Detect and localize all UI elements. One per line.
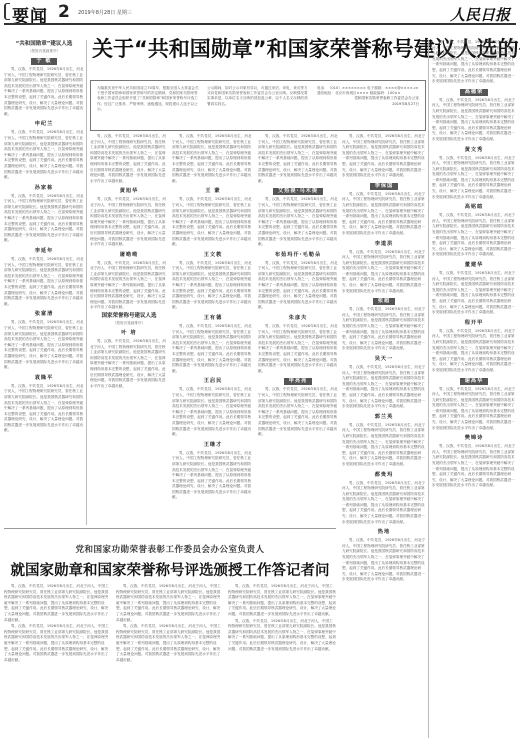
person-name: 李保国 — [370, 183, 399, 190]
person-name: 李延年 — [35, 248, 54, 254]
person-name: 都贵玛 — [375, 472, 394, 478]
person-name: 王继才 — [204, 442, 223, 448]
person-name: 李道洪 — [375, 241, 394, 247]
person-name: 于 敏 — [31, 58, 56, 65]
body-paragraph: 男，汉族，中共党员，1926年8月出生，河北宁河人，中国工程物理研究院研究员，曾… — [4, 320, 84, 370]
body-paragraph: 男，汉族，中共党员，1926年8月出生，河北宁河人，中国工程物理研究院研究员，曾… — [172, 261, 254, 311]
person-name: 黄旭华 — [120, 188, 139, 194]
body-paragraph: 男，汉族，中共党员，1926年8月出生，河北宁河人，中国工程物理研究院研究员，曾… — [172, 451, 254, 501]
column-6: 男，汉族，中共党员，1926年8月出生，河北宁河人，中国工程物理研究院研究员，曾… — [432, 40, 516, 738]
person-name: 樊锦诗 — [465, 435, 484, 441]
person-name: 申亮亮 — [284, 378, 313, 385]
column-4: 男，汉族，中共党员，1926年8月出生，河北宁河人，中国工程物理研究院研究员，曾… — [258, 134, 338, 525]
body-paragraph: 男，汉族，中共党员，1926年8月出生，河北宁河人，中国工程物理研究院研究员，曾… — [258, 134, 338, 184]
person-name: 孙家栋 — [35, 185, 54, 191]
body-paragraph: 男，汉族，中共党员，1926年8月出生，河北宁河人，中国工程物理研究院研究员，曾… — [4, 624, 110, 663]
body-paragraph: 男，汉族，中共党员，1926年8月出生，河北宁河人，中国工程物理研究院研究员，曾… — [432, 213, 516, 258]
person-name: 申纪兰 — [35, 121, 54, 127]
person-name-heading: 申纪兰 — [4, 120, 84, 129]
person-name-heading: 于 敏 — [4, 57, 84, 66]
person-name: 程开甲 — [465, 320, 484, 326]
body-paragraph: 男，汉族，中共党员，1926年8月出生，河北宁河人，中国工程物理研究院研究员，曾… — [116, 584, 222, 623]
person-name: 屠呦呦 — [120, 252, 139, 258]
notice-column-1: 为隆重庆祝中华人民共和国成立70周年，根据全国人大常委会关于授予国家勋章和国家荣… — [97, 86, 199, 125]
body-paragraph: 男，汉族，中共党员，1926年8月出生，河北宁河人，中国工程物理研究院研究员，曾… — [4, 384, 84, 434]
body-paragraph: 男，汉族，中共党员，1926年8月出生，河北宁河人，中国工程物理研究院研究员，曾… — [172, 324, 254, 374]
body-paragraph: 男，汉族，中共党员，1926年8月出生，河北宁河人，中国工程物理研究院研究员，曾… — [4, 67, 84, 117]
body-paragraph: 男，汉族，中共党员，1926年8月出生，河北宁河人，中国工程物理研究院研究员，曾… — [342, 538, 426, 583]
person-name-heading: 屠呦呦 — [90, 251, 168, 260]
body-paragraph: 男，汉族，中共党员，1926年8月出生，河北宁河人，中国工程物理研究院研究员，曾… — [258, 197, 338, 247]
column-3: 男，汉族，中共党员，1926年8月出生，河北宁河人，中国工程物理研究院研究员，曾… — [172, 134, 254, 525]
interview-column-2: 男，汉族，中共党员，1926年8月出生，河北宁河人，中国工程物理研究院研究员，曾… — [116, 584, 222, 738]
body-paragraph: 男，汉族，中共党员，1926年8月出生，河北宁河人，中国工程物理研究院研究员，曾… — [228, 619, 336, 653]
person-name: 朱彦夫 — [289, 315, 308, 321]
body-paragraph: 男，汉族，中共党员，1926年8月出生，河北宁河人，中国工程物理研究院研究员，曾… — [432, 271, 516, 316]
person-name: 王有德 — [204, 315, 223, 321]
masthead: 要闻 2 2019年8月28日 星期三 人民日报 — [0, 0, 520, 24]
page-number: 2 — [58, 2, 70, 22]
person-name-heading: 布茹玛汗·毛勒朵 — [258, 251, 338, 260]
interview-column-1: 男，汉族，中共党员，1926年8月出生，河北宁河人，中国工程物理研究院研究员，曾… — [4, 584, 110, 738]
person-name-heading: 李延年 — [4, 247, 84, 256]
body-paragraph: 男，汉族，中共党员，1926年8月出生，河北宁河人，中国工程物理研究院研究员，曾… — [4, 130, 84, 180]
body-paragraph: 男，汉族，中共党员，1926年8月出生，河北宁河人，中国工程物理研究院研究员，曾… — [4, 584, 110, 623]
body-paragraph: 男，汉族，中共党员，1926年8月出生，河北宁河人，中国工程物理研究院研究员，曾… — [90, 339, 168, 389]
body-paragraph: 男，汉族，中共党员，1926年8月出生，河北宁河人，中国工程物理研究院研究员，曾… — [432, 98, 516, 143]
honor-nominees-heading: 国家荣誉称号建议人选 — [90, 312, 168, 320]
body-paragraph: 男，汉族，中共党员，1926年8月出生，河北宁河人，中国工程物理研究院研究员，曾… — [90, 197, 168, 247]
person-name-heading: 袁隆平 — [4, 374, 84, 383]
person-name-heading: 王继才 — [172, 441, 254, 450]
person-name: 高德荣 — [460, 89, 489, 96]
body-paragraph: 男，汉族，中共党员，1926年8月出生，河北宁河人，中国工程物理研究院研究员，曾… — [342, 365, 426, 410]
column-2: 男，汉族，中共党员，1926年8月出生，河北宁河人，中国工程物理研究院研究员，曾… — [90, 134, 168, 525]
body-paragraph: 男，汉族，中共党员，1926年8月出生，河北宁河人，中国工程物理研究院研究员，曾… — [432, 387, 516, 432]
section-bracket — [4, 3, 10, 20]
column-1: “共和国勋章”建议人选 （按姓氏笔画排序） 于 敏男，汉族，中共党员，1926年… — [4, 40, 84, 525]
body-paragraph: 男，汉族，中共党员，1926年8月出生，河北宁河人，中国工程物理研究院研究员，曾… — [172, 387, 254, 437]
dateline: 2019年8月28日 星期三 — [78, 9, 132, 16]
person-name: 袁隆平 — [35, 375, 54, 381]
body-paragraph: 男，汉族，中共党员，1926年8月出生，河北宁河人，中国工程物理研究院研究员，曾… — [258, 387, 338, 437]
notice-contacts: 电话：（010）×××××××× 电子邮箱：××××@××××.cn 通信地址：… — [317, 86, 419, 96]
person-name-heading: 朱彦夫 — [258, 314, 338, 323]
person-name-heading: 董建华 — [432, 261, 516, 270]
notice-date: 2019年8月27日 — [317, 102, 419, 107]
body-paragraph: 男，汉族，中共党员，1926年8月出生，河北宁河人，中国工程物理研究院研究员，曾… — [342, 192, 426, 237]
notice-box: 为隆重庆祝中华人民共和国成立70周年，根据全国人大常委会关于授予国家勋章和国家荣… — [90, 80, 426, 131]
body-paragraph: 男，汉族，中共党员，1926年8月出生，河北宁河人，中国工程物理研究院研究员，曾… — [342, 250, 426, 295]
body-paragraph: 男，汉族，中共党员，1926年8月出生，河北宁河人，中国工程物理研究院研究员，曾… — [432, 156, 516, 201]
interview-column-3: 男，汉族，中共党员，1926年8月出生，河北宁河人，中国工程物理研究院研究员，曾… — [228, 584, 336, 738]
person-name: 黄文秀 — [465, 147, 484, 153]
person-name-heading: 高德荣 — [432, 88, 516, 97]
body-paragraph: 男，汉族，中共党员，1926年8月出生，河北宁河人，中国工程物理研究院研究员，曾… — [172, 197, 254, 247]
main-headline: 关于“共和国勋章”和国家荣誉称号建议人选的公示 — [92, 33, 432, 63]
person-name: 布茹玛汗·毛勒朵 — [275, 252, 321, 258]
person-name-heading: 都贵玛 — [342, 471, 426, 480]
person-name-heading: 王有德 — [172, 314, 254, 323]
body-paragraph: 男，汉族，中共党员，1926年8月出生，河北宁河人，中国工程物理研究院研究员，曾… — [342, 307, 426, 352]
person-name: 吴天一 — [375, 356, 394, 362]
person-name-heading: 王 蒙 — [172, 187, 254, 196]
column-rule — [428, 40, 429, 738]
body-paragraph: 男，汉族，中共党员，1926年8月出生，河北宁河人，中国工程物理研究院研究员，曾… — [432, 444, 516, 489]
person-name: 叶 培 — [121, 330, 136, 336]
person-name-heading: 樊锦诗 — [432, 434, 516, 443]
body-paragraph: 男，汉族，中共党员，1926年8月出生，河北宁河人，中国工程物理研究院研究员，曾… — [4, 257, 84, 307]
body-paragraph: 男，汉族，中共党员，1926年8月出生，河北宁河人，中国工程物理研究院研究员，曾… — [432, 329, 516, 374]
body-paragraph: 男，汉族，中共党员，1926年8月出生，河北宁河人，中国工程物理研究院研究员，曾… — [342, 423, 426, 468]
person-name-heading: 申亮亮 — [258, 377, 338, 386]
person-name: 艾热提·马木提 — [273, 188, 323, 195]
person-name: 张超 — [373, 298, 395, 305]
interview-kicker: 党和国家功勋荣誉表彰工作委员会办公室负责人 — [4, 543, 336, 555]
notice-column-2: 公示期间，如对公示对象有异议，可通过来信、来电、来访等方式向党和国家功勋荣誉表彰… — [207, 86, 309, 125]
column-5: 男，汉族，中共党员，1926年8月出生，河北宁河人，中国工程物理研究院研究员，曾… — [342, 134, 426, 738]
person-name-heading: 程开甲 — [432, 319, 516, 328]
body-paragraph: 男，汉族，中共党员，1926年8月出生，河北宁河人，中国工程物理研究院研究员，曾… — [90, 261, 168, 311]
person-name-heading: 李保国 — [342, 182, 426, 191]
paper-logo: 人民日报 — [450, 4, 510, 25]
person-name-heading: 叶 培 — [90, 329, 168, 338]
section-divider — [4, 528, 336, 529]
person-name-heading: 黄文秀 — [432, 146, 516, 155]
body-paragraph: 男，汉族，中共党员，1926年8月出生，河北宁河人，中国工程物理研究院研究员，曾… — [342, 134, 426, 179]
person-name: 谢高华 — [460, 378, 489, 385]
person-name-heading: 高铭暄 — [432, 203, 516, 212]
body-paragraph: 男，汉族，中共党员，1926年8月出生，河北宁河人，中国工程物理研究院研究员，曾… — [116, 624, 222, 663]
column-rule — [86, 40, 87, 525]
person-name-heading: 王文教 — [172, 251, 254, 260]
person-name: 张富清 — [35, 311, 54, 317]
person-name-heading: 李道洪 — [342, 240, 426, 249]
person-name: 王文教 — [204, 252, 223, 258]
person-name-heading: 郭兰英 — [342, 413, 426, 422]
person-name: 王启民 — [204, 378, 223, 384]
person-name: 热地 — [378, 529, 390, 535]
notice-column-3: 电话：（010）×××××××× 电子邮箱：××××@××××.cn 通信地址：… — [317, 86, 419, 125]
body-paragraph: 男，汉族，中共党员，1926年8月出生，河北宁河人，中国工程物理研究院研究员，曾… — [90, 134, 168, 184]
medal-nominees-note: （按姓氏笔画排序） — [4, 48, 84, 54]
body-paragraph: 男，汉族，中共党员，1926年8月出生，河北宁河人，中国工程物理研究院研究员，曾… — [258, 261, 338, 311]
person-name-heading: 艾热提·马木提 — [258, 187, 338, 196]
interview-headline: 就国家勋章和国家荣誉称号评选颁授工作答记者问 — [4, 559, 336, 580]
medal-nominees-heading: “共和国勋章”建议人选 — [4, 40, 84, 48]
person-name-heading: 王启民 — [172, 377, 254, 386]
person-name-heading: 谢高华 — [432, 377, 516, 386]
masthead-rule — [4, 23, 516, 25]
person-name-heading: 张富清 — [4, 310, 84, 319]
person-name-heading: 黄旭华 — [90, 187, 168, 196]
person-name-heading: 吴天一 — [342, 355, 426, 364]
body-paragraph: 男，汉族，中共党员，1926年8月出生，河北宁河人，中国工程物理研究院研究员，曾… — [172, 134, 254, 184]
person-name: 王 蒙 — [205, 188, 220, 194]
person-name-heading: 张超 — [342, 297, 426, 306]
person-name: 高铭暄 — [465, 204, 484, 210]
body-paragraph: 男，汉族，中共党员，1926年8月出生，河北宁河人，中国工程物理研究院研究员，曾… — [258, 324, 338, 374]
person-name-heading: 热地 — [342, 528, 426, 537]
body-paragraph: 男，汉族，中共党员，1926年8月出生，河北宁河人，中国工程物理研究院研究员，曾… — [228, 584, 336, 618]
person-name: 郭兰英 — [375, 414, 394, 420]
person-name-heading: 孙家栋 — [4, 184, 84, 193]
body-paragraph: 男，汉族，中共党员，1926年8月出生，河北宁河人，中国工程物理研究院研究员，曾… — [432, 40, 516, 85]
body-paragraph: 男，汉族，中共党员，1926年8月出生，河北宁河人，中国工程物理研究院研究员，曾… — [4, 194, 84, 244]
honor-nominees-note: （按姓氏笔画排序） — [90, 320, 168, 326]
body-paragraph: 男，汉族，中共党员，1926年8月出生，河北宁河人，中国工程物理研究院研究员，曾… — [342, 481, 426, 526]
person-name: 董建华 — [465, 262, 484, 268]
